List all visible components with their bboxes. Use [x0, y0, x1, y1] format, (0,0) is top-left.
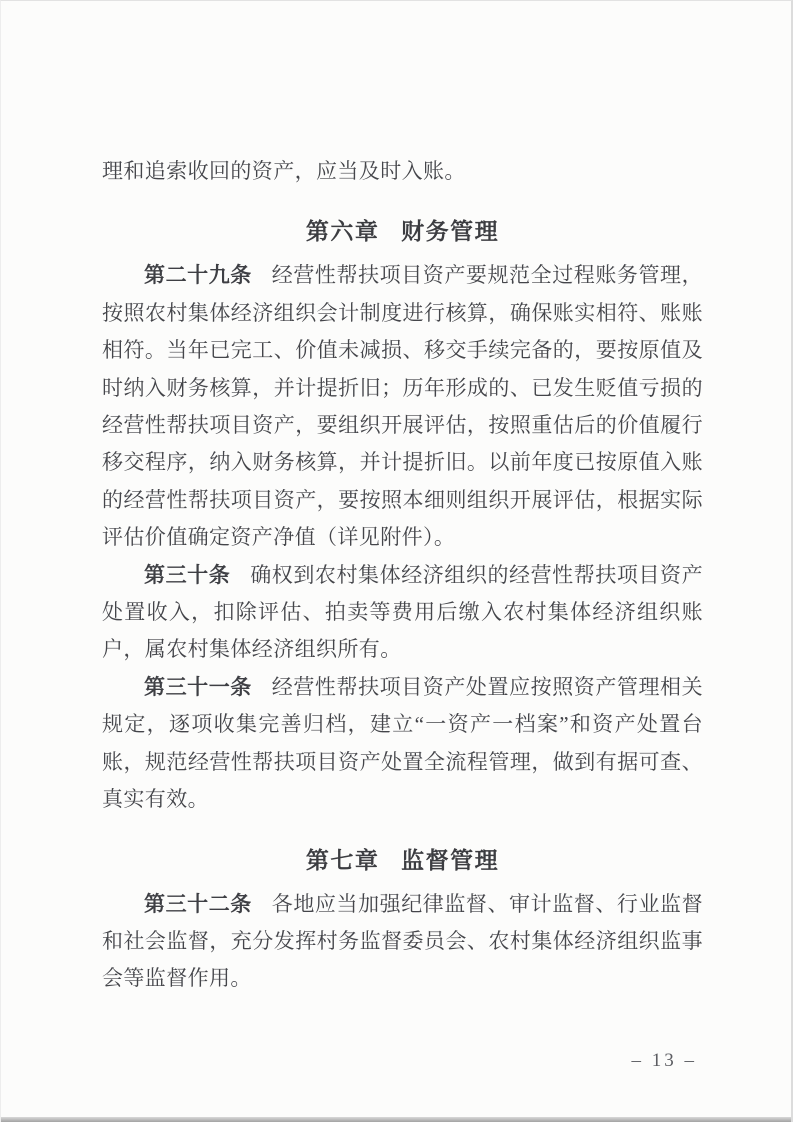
page-number: – 13 – [632, 1050, 698, 1072]
article-30-number: 第三十条 [144, 563, 230, 587]
chapter-7-number: 第七章 [306, 847, 380, 873]
article-31-number: 第三十一条 [144, 675, 252, 699]
document-body: 理和追索收回的资产，应当及时入账。 第六章财务管理 第二十九条经营性帮扶项目资产… [102, 153, 703, 998]
article-29-paragraph: 第二十九条经营性帮扶项目资产要规范全过程账务管理，按照农村集体经济组织会计制度进… [102, 257, 703, 556]
chapter-7-name: 监督管理 [401, 847, 499, 873]
article-29-text: 经营性帮扶项目资产要规范全过程账务管理，按照农村集体经济组织会计制度进行核算，确… [102, 263, 703, 549]
article-30-paragraph: 第三十条确权到农村集体经济组织的经营性帮扶项目资产处置收入，扣除评估、拍卖等费用… [102, 557, 703, 669]
chapter-6-number: 第六章 [306, 218, 380, 244]
scan-edge [1, 1117, 791, 1122]
chapter-6-title: 第六章财务管理 [102, 211, 703, 251]
article-32-number: 第三十二条 [144, 892, 252, 916]
chapter-7-title: 第七章监督管理 [102, 840, 703, 880]
chapter-6-name: 财务管理 [401, 218, 499, 244]
scanned-document-page: 理和追索收回的资产，应当及时入账。 第六章财务管理 第二十九条经营性帮扶项目资产… [0, 0, 793, 1122]
article-32-paragraph: 第三十二条各地应当加强纪律监督、审计监督、行业监督和社会监督，充分发挥村务监督委… [102, 886, 703, 998]
paragraph-continuation: 理和追索收回的资产，应当及时入账。 [102, 153, 703, 190]
article-29-number: 第二十九条 [144, 263, 252, 287]
article-31-paragraph: 第三十一条经营性帮扶项目资产处置应按照资产管理相关规定，逐项收集完善归档，建立“… [102, 669, 703, 819]
